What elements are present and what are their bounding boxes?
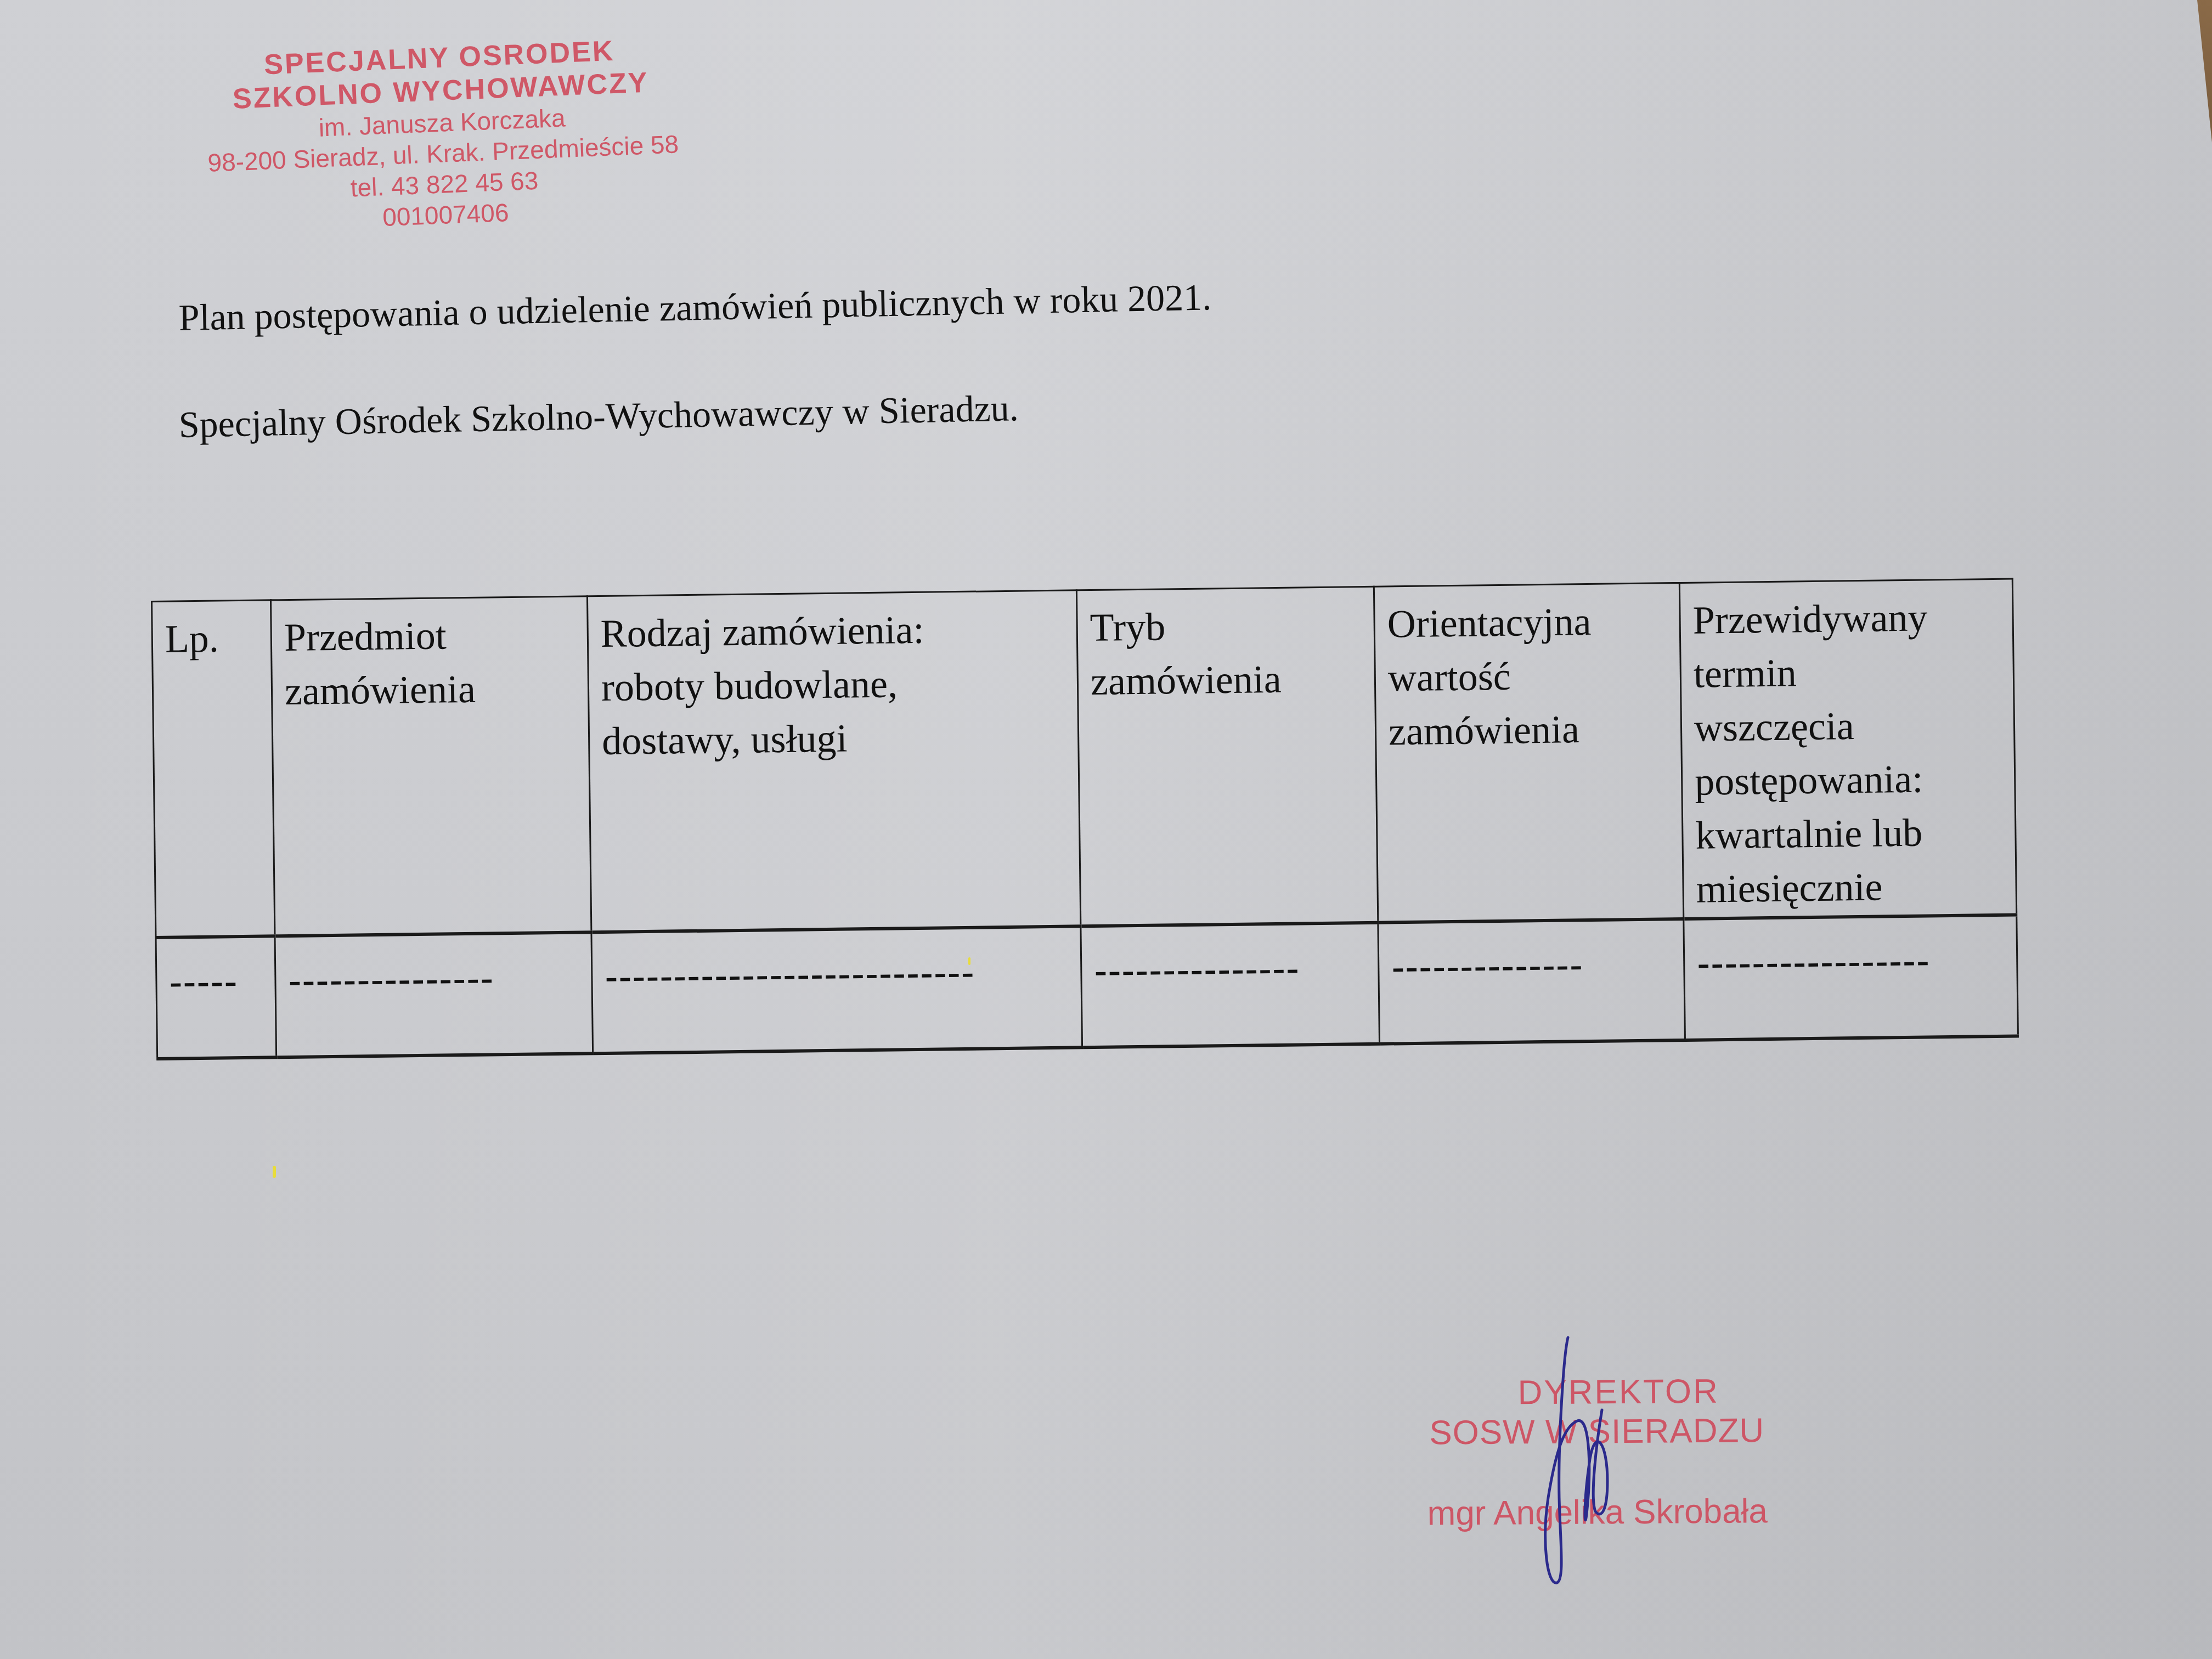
handwritten-signature-icon [1525, 1333, 1646, 1585]
table-cell-termin: ----------------- [1684, 915, 2018, 1040]
header-lp: Lp. [152, 600, 275, 938]
institution-stamp: SPECJALNY OSRODEK SZKOLNO WYCHOWAWCZY im… [176, 31, 709, 240]
header-termin: Przewidywany termin wszczęcia postępowan… [1679, 579, 2016, 919]
table-cell-tryb: --------------- [1081, 923, 1380, 1048]
paper-page: SPECJALNY OSRODEK SZKOLNO WYCHOWAWCZY im… [0, 0, 2212, 1659]
header-rodzaj: Rodzaj zamówienia: roboty budowlane, dos… [587, 590, 1080, 932]
table-cell-lp: ----- [156, 936, 276, 1059]
header-przedmiot: Przedmiot zamówienia [271, 596, 591, 936]
header-wartosc: Orientacyjna wartość zamówienia [1374, 583, 1683, 922]
yellow-speck [968, 957, 970, 965]
table-cell-rodzaj: --------------------------- [591, 926, 1082, 1053]
table-cell-wartosc: -------------- [1378, 919, 1685, 1044]
table-header-row: Lp. Przedmiot zamówienia Rodzaj zamówien… [152, 579, 2017, 938]
table-row: ----- --------------- ------------------… [156, 915, 2018, 1058]
document-subtitle: Specjalny Ośrodek Szkolno-Wychowawczy w … [178, 386, 1019, 447]
yellow-speck [273, 1166, 276, 1178]
table-cell-przedmiot: --------------- [275, 932, 593, 1057]
procurement-table-container: Lp. Przedmiot zamówienia Rodzaj zamówien… [151, 578, 2019, 1060]
header-tryb: Tryb zamówienia [1076, 586, 1378, 926]
procurement-plan-table: Lp. Przedmiot zamówienia Rodzaj zamówien… [151, 578, 2019, 1060]
document-title: Plan postępowania o udzielenie zamówień … [178, 275, 1212, 340]
